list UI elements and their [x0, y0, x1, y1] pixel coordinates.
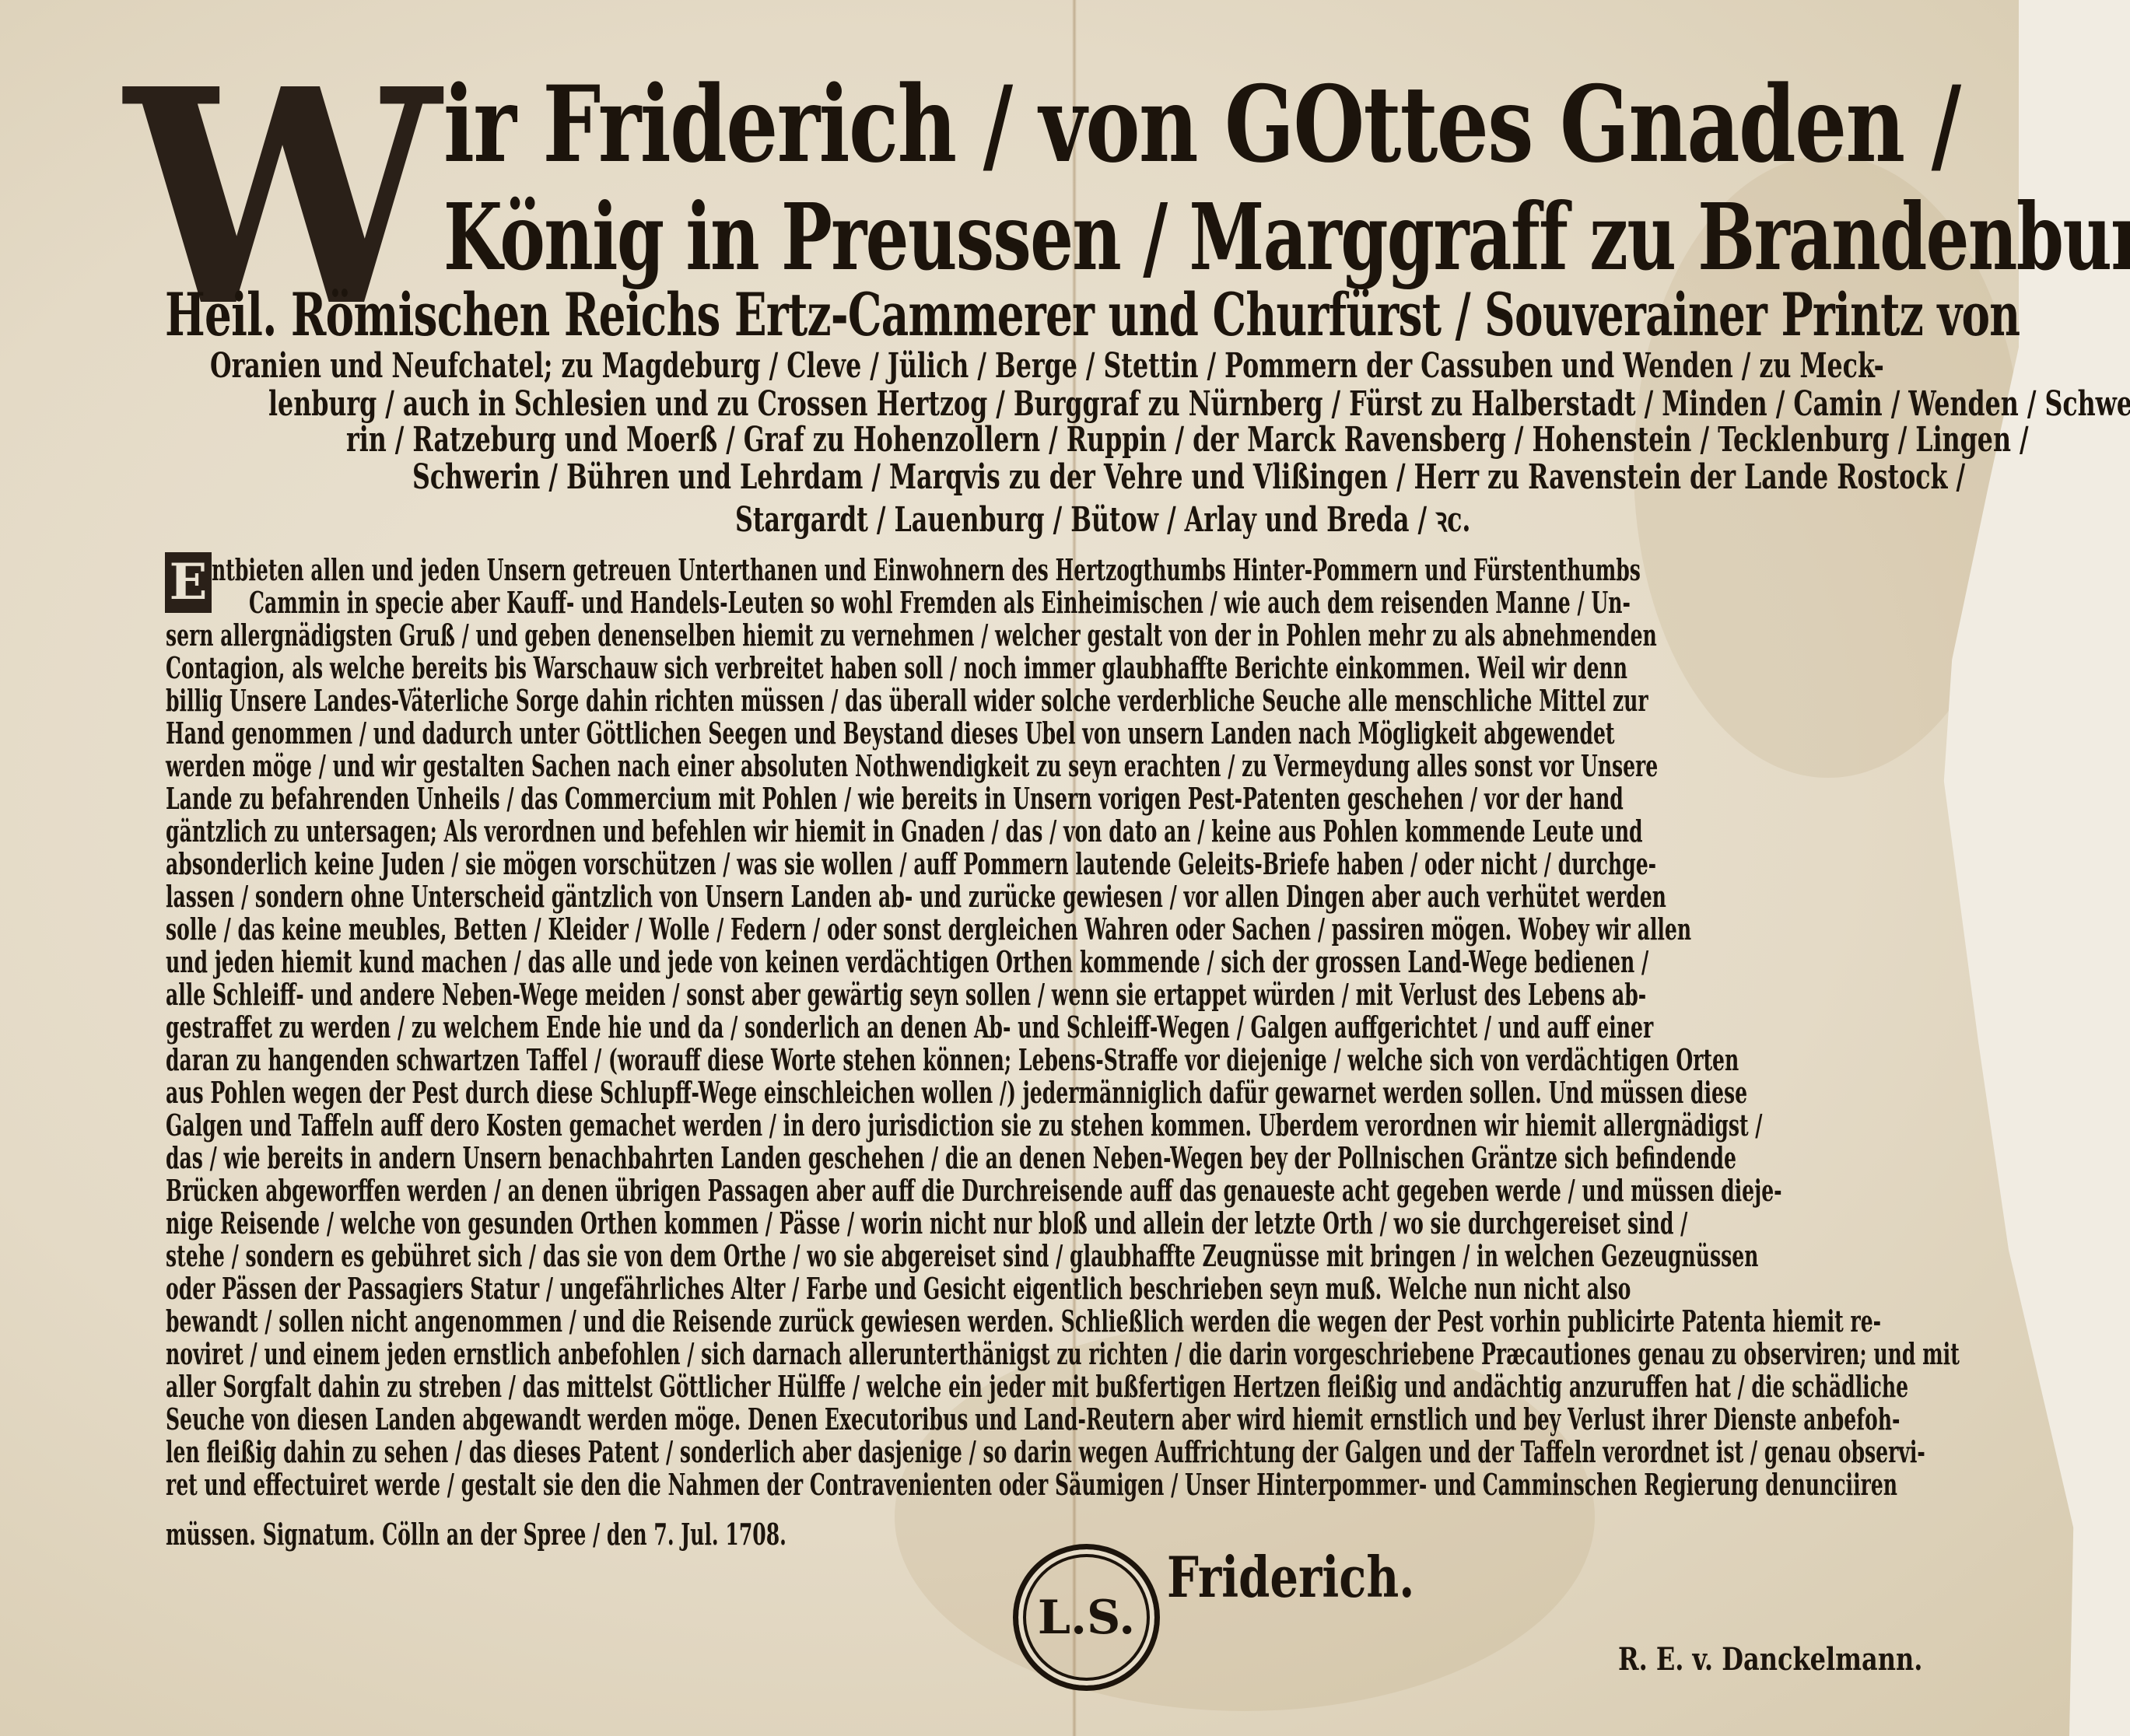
body-line: len fleißig dahin zu sehen / das dieses …	[166, 1434, 1925, 1469]
body-line: und jeden hiemit kund machen / das alle …	[166, 944, 1648, 979]
body-line: gäntzlich zu untersagen; Als verordnen u…	[166, 814, 1643, 849]
title-line-6: rin / Ratzeburg und Moerß / Graf zu Hohe…	[346, 420, 2029, 460]
body-line: das / wie bereits in andern Unsern benac…	[166, 1140, 1736, 1175]
body-line: gestraffet zu werden / zu welchem Ende h…	[166, 1010, 1653, 1045]
body-line: Lande zu befahrenden Unheils / das Comme…	[166, 781, 1624, 816]
title-line-1: ir Friderich / von GOttes Gnaden /	[443, 62, 1960, 186]
edict-broadside: W ir Friderich / von GOttes Gnaden / Kön…	[0, 0, 2130, 1736]
closing-line: müssen. Signatum. Cölln an der Spree / d…	[166, 1517, 786, 1552]
title-line-4: Oranien und Neufchatel; zu Magdeburg / C…	[210, 346, 1884, 386]
body-line: Hand genommen / und dadurch unter Göttli…	[166, 716, 1614, 751]
body-line: Contagion, als welche bereits bis Warsch…	[166, 650, 1627, 685]
seal-ls: L.S.	[1013, 1544, 1160, 1691]
title-line-5: lenburg / auch in Schlesien und zu Cross…	[268, 384, 2130, 424]
body-line: Brücken abgeworffen werden / an denen üb…	[166, 1173, 1782, 1208]
body-line: daran zu hangenden schwartzen Taffel / (…	[166, 1042, 1739, 1077]
decorated-initial-e: E	[165, 552, 212, 613]
body-line: Seuche von diesen Landen abgewandt werde…	[166, 1402, 1900, 1437]
body-line: ntbieten allen und jeden Unsern getreuen…	[212, 552, 1641, 587]
body-line: aller Sorgfalt dahin zu streben / das mi…	[166, 1369, 1908, 1404]
title-line-8: Stargardt / Lauenburg / Bütow / Arlay un…	[735, 495, 1470, 541]
body-line: aus Pohlen wegen der Pest durch diese Sc…	[166, 1075, 1747, 1110]
body-line: noviret / und einem jeden ernstlich anbe…	[166, 1336, 1960, 1371]
body-line: solle / das keine meubles, Betten / Klei…	[166, 912, 1691, 947]
title-line-7: Schwerin / Bühren und Lehrdam / Marqvis …	[412, 457, 1965, 497]
body-line: nige Reisende / welche von gesunden Orth…	[166, 1206, 1687, 1241]
body-line: bewandt / sollen nicht angenommen / und …	[166, 1304, 1881, 1339]
seal-label: L.S.	[1038, 1591, 1135, 1645]
body-line: stehe / sondern es gebühret sich / das s…	[166, 1238, 1758, 1273]
body-line: lassen / sondern ohne Unterscheid gäntzl…	[166, 879, 1666, 914]
body-line: billig Unsere Landes-Väterliche Sorge da…	[166, 683, 1648, 718]
body-line: oder Pässen der Passagiers Statur / unge…	[166, 1271, 1631, 1306]
body-line: absonderlich keine Juden / sie mögen vor…	[166, 846, 1656, 881]
body-line: sern allergnädigsten Gruß / und geben de…	[166, 618, 1657, 653]
body-line: werden möge / und wir gestalten Sachen n…	[166, 748, 1658, 783]
body-line: ret und effectuiret werde / gestalt sie …	[166, 1467, 1897, 1502]
title-line-2: König in Preussen / Marggraff zu Branden…	[443, 183, 2130, 291]
body-line: Galgen und Taffeln auff dero Kosten gema…	[166, 1108, 1762, 1143]
body-line: alle Schleiff- und andere Neben-Wege mei…	[166, 977, 1646, 1012]
title-line-3: Heil. Römischen Reichs Ertz-Cammerer und…	[165, 280, 2020, 349]
royal-signature: Friderich.	[1167, 1544, 1414, 1610]
body-line: Cammin in specie aber Kauff- und Handels…	[249, 585, 1631, 620]
countersignature: R. E. v. Danckelmann.	[1618, 1641, 1922, 1678]
